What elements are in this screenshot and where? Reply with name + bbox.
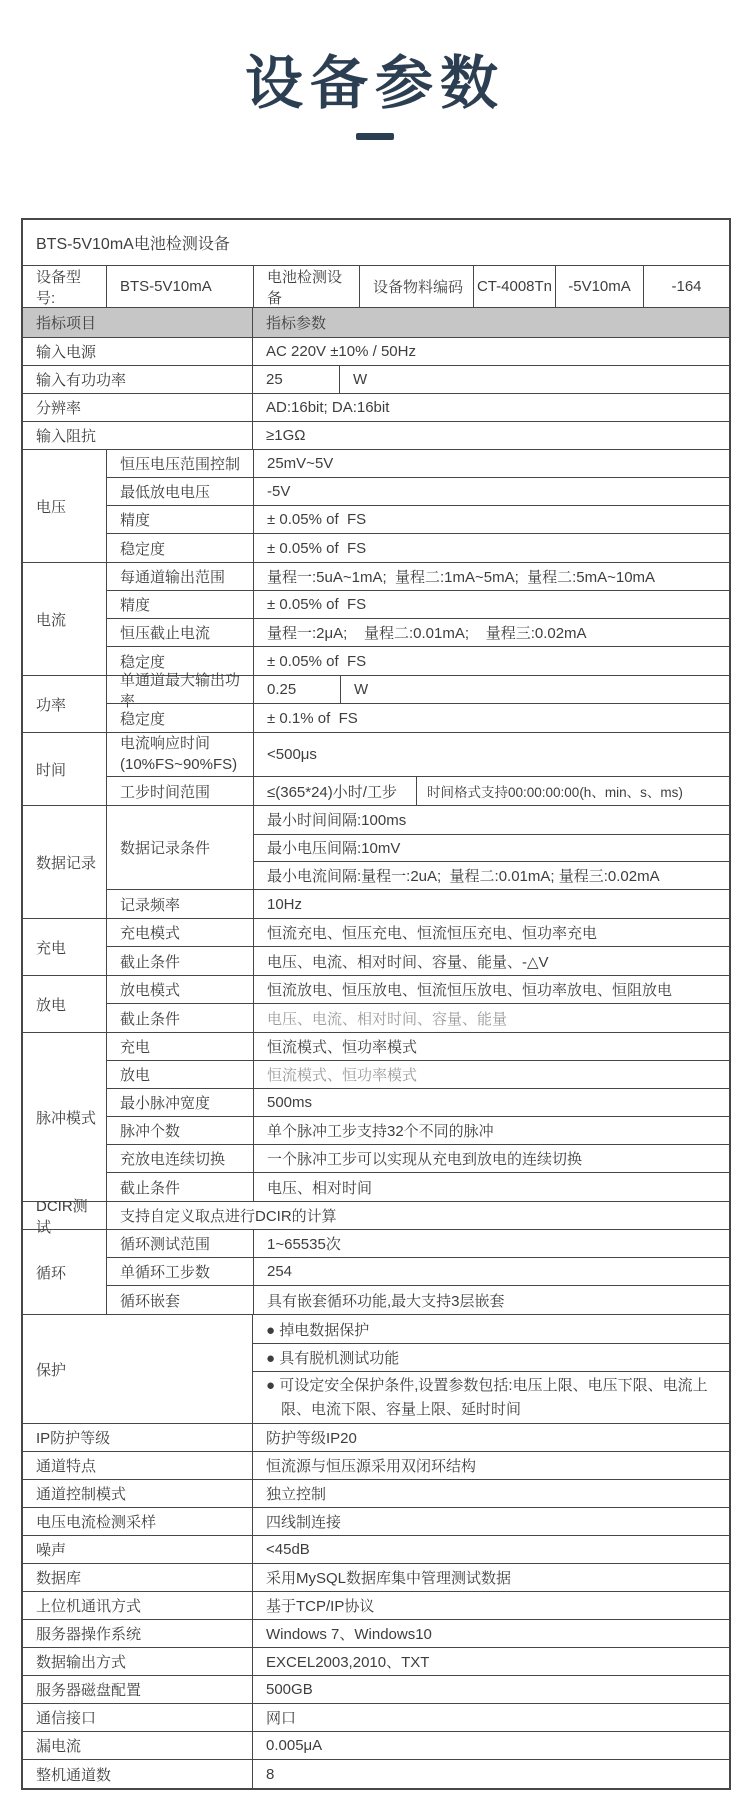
value: 具有嵌套循环功能,最大支持3层嵌套 — [253, 1286, 729, 1314]
spec-table: BTS-5V10mA电池检测设备 设备型号: BTS-5V10mA 电池检测设备… — [21, 218, 731, 1790]
label: 服务器磁盘配置 — [23, 1676, 252, 1703]
row-channel-feature: 通道特点 恒流源与恒压源采用双闭环结构 — [23, 1452, 729, 1480]
value: ≤(365*24)小时/工步 — [253, 777, 416, 805]
value: 254 — [253, 1258, 729, 1285]
material-code-1: CT-4008Tn — [473, 266, 555, 307]
material-code-2: -5V10mA — [555, 266, 643, 307]
label: 稳定度 — [106, 704, 253, 732]
row-server-disk: 服务器磁盘配置 500GB — [23, 1676, 729, 1704]
section-time: 时间 电流响应时间 (10%FS~90%FS) <500μs 工步时间范围 ≤(… — [23, 733, 729, 806]
row-sampling: 电压电流检测采样 四线制连接 — [23, 1508, 729, 1536]
value: ± 0.05% of FS — [253, 506, 729, 533]
value: 25 — [252, 366, 339, 393]
label: 整机通道数 — [23, 1760, 252, 1788]
label: 截止条件 — [106, 1004, 253, 1032]
label: 放电模式 — [106, 976, 253, 1003]
label: 通信接口 — [23, 1704, 252, 1731]
value: 电压、电流、相对时间、容量、能量 — [253, 1004, 729, 1032]
value: 量程一:5uA~1mA; 量程二:1mA~5mA; 量程二:5mA~10mA — [253, 563, 729, 590]
value: 网口 — [252, 1704, 729, 1731]
value: 0.005μA — [252, 1732, 729, 1759]
label: 充放电连续切换 — [106, 1145, 253, 1172]
value: 量程一:2μA; 量程二:0.01mA; 量程三:0.02mA — [253, 619, 729, 646]
group-label: 时间 — [23, 733, 106, 805]
value: 8 — [252, 1760, 729, 1788]
group-label: 保护 — [23, 1315, 252, 1423]
row-total-channels: 整机通道数 8 — [23, 1760, 729, 1788]
value: 25mV~5V — [253, 450, 729, 477]
label: 输入有功功率 — [23, 366, 252, 393]
value: 500ms — [253, 1089, 729, 1116]
label: 截止条件 — [106, 1173, 253, 1201]
row-active-power: 输入有功功率 25 W — [23, 366, 729, 394]
row-channel-control: 通道控制模式 独立控制 — [23, 1480, 729, 1508]
label: 数据输出方式 — [23, 1648, 252, 1675]
header-item: 指标项目 — [23, 308, 252, 337]
material-code-label: 设备物料编码 — [359, 266, 473, 307]
value: 500GB — [252, 1676, 729, 1703]
value: 恒流模式、恒功率模式 — [253, 1061, 729, 1088]
value: 电压、相对时间 — [253, 1173, 729, 1201]
page: { "page": { "title": "设备参数" }, "colors":… — [0, 0, 750, 1796]
label: 最低放电电压 — [106, 478, 253, 505]
row-server-os: 服务器操作系统 Windows 7、Windows10 — [23, 1620, 729, 1648]
section-discharge: 放电 放电模式恒流放电、恒压放电、恒流恒压放电、恒功率放电、恒阻放电 截止条件电… — [23, 976, 729, 1033]
label: 数据记录条件 — [106, 806, 253, 889]
value: 1~65535次 — [253, 1230, 729, 1257]
device-name-row: BTS-5V10mA电池检测设备 — [23, 220, 729, 266]
header-row: 指标项目 指标参数 — [23, 308, 729, 338]
label: 上位机通讯方式 — [23, 1592, 252, 1619]
value: 独立控制 — [252, 1480, 729, 1507]
section-pulse: 脉冲模式 充电恒流模式、恒功率模式 放电恒流模式、恒功率模式 最小脉冲宽度500… — [23, 1033, 729, 1202]
label: 截止条件 — [106, 947, 253, 975]
label: 噪声 — [23, 1536, 252, 1563]
material-code-3: -164 — [643, 266, 729, 307]
label: 通道特点 — [23, 1452, 252, 1479]
section-charge: 充电 充电模式恒流充电、恒压充电、恒流恒压充电、恒功率充电 截止条件电压、电流、… — [23, 919, 729, 976]
section-data-record: 数据记录 数据记录条件 最小时间间隔:100ms 最小电压间隔:10mV 最小电… — [23, 806, 729, 919]
page-title: 设备参数 — [0, 52, 750, 116]
label: 循环嵌套 — [106, 1286, 253, 1314]
value: AD:16bit; DA:16bit — [252, 394, 729, 421]
value: ± 0.1% of FS — [253, 704, 729, 732]
label: 恒压电压范围控制 — [106, 450, 253, 477]
record-condition-3: 最小电流间隔:量程一:2uA; 量程二:0.01mA; 量程三:0.02mA — [253, 861, 729, 889]
label: 恒压截止电流 — [106, 619, 253, 646]
section-power: 功率 单通道最大输出功率 0.25 W 稳定度 ± 0.1% of FS — [23, 676, 729, 733]
header-param: 指标参数 — [252, 308, 729, 337]
value: 恒流源与恒压源采用双闭环结构 — [252, 1452, 729, 1479]
unit: W — [340, 676, 729, 703]
value: <500μs — [253, 733, 729, 776]
row-resolution: 分辨率 AD:16bit; DA:16bit — [23, 394, 729, 422]
model-value: BTS-5V10mA — [106, 266, 253, 307]
row-dcir: DCIR测试 支持自定义取点进行DCIR的计算 — [23, 1202, 729, 1230]
value: 恒流充电、恒压充电、恒流恒压充电、恒功率充电 — [253, 919, 729, 946]
group-label: 放电 — [23, 976, 106, 1032]
label: 充电 — [106, 1033, 253, 1060]
value: 恒流模式、恒功率模式 — [253, 1033, 729, 1060]
label: 循环测试范围 — [106, 1230, 253, 1257]
value: 恒流放电、恒压放电、恒流恒压放电、恒功率放电、恒阻放电 — [253, 976, 729, 1003]
group-label: 电压 — [23, 450, 106, 562]
group-label: 循环 — [23, 1230, 106, 1314]
value: <45dB — [252, 1536, 729, 1563]
hero: 设备参数 — [0, 0, 750, 140]
row-impedance: 输入阻抗 ≥1GΩ — [23, 422, 729, 450]
label: 单通道最大输出功率 — [106, 676, 253, 703]
label: 工步时间范围 — [106, 777, 253, 805]
protection-item-1: ● 掉电数据保护 — [252, 1315, 729, 1343]
label: 漏电流 — [23, 1732, 252, 1759]
value: ± 0.05% of FS — [253, 534, 729, 562]
value: Windows 7、Windows10 — [252, 1620, 729, 1647]
label: 脉冲个数 — [106, 1117, 253, 1144]
value: ± 0.05% of FS — [253, 591, 729, 618]
value: 基于TCP/IP协议 — [252, 1592, 729, 1619]
title-underline-dash — [356, 133, 394, 140]
label: 数据库 — [23, 1564, 252, 1591]
group-label: 功率 — [23, 676, 106, 732]
group-label: 电流 — [23, 563, 106, 675]
label: 输入阻抗 — [23, 422, 252, 449]
section-current: 电流 每通道输出范围量程一:5uA~1mA; 量程二:1mA~5mA; 量程二:… — [23, 563, 729, 676]
group-label: 数据记录 — [23, 806, 106, 918]
row-input-power: 输入电源 AC 220V ±10% / 50Hz — [23, 338, 729, 366]
section-protection: 保护 ● 掉电数据保护 ● 具有脱机测试功能 ● 可设定安全保护条件,设置参数包… — [23, 1315, 729, 1424]
device-name: BTS-5V10mA电池检测设备 — [23, 220, 729, 265]
value: 支持自定义取点进行DCIR的计算 — [106, 1202, 729, 1229]
label: 精度 — [106, 591, 253, 618]
label: 输入电源 — [23, 338, 252, 365]
model-label: 设备型号: — [23, 266, 106, 307]
row-leakage-current: 漏电流 0.005μA — [23, 1732, 729, 1760]
row-ip-rating: IP防护等级 防护等级IP20 — [23, 1424, 729, 1452]
value: AC 220V ±10% / 50Hz — [252, 338, 729, 365]
label: 充电模式 — [106, 919, 253, 946]
value: 0.25 — [253, 676, 340, 703]
label: 精度 — [106, 506, 253, 533]
label: 单循环工步数 — [106, 1258, 253, 1285]
label: 电流响应时间 (10%FS~90%FS) — [106, 733, 253, 776]
group-label: 脉冲模式 — [23, 1033, 106, 1201]
value: 单个脉冲工步支持32个不同的脉冲 — [253, 1117, 729, 1144]
row-database: 数据库 采用MySQL数据库集中管理测试数据 — [23, 1564, 729, 1592]
row-data-output: 数据输出方式 EXCEL2003,2010、TXT — [23, 1648, 729, 1676]
value: ≥1GΩ — [252, 422, 729, 449]
value: 四线制连接 — [252, 1508, 729, 1535]
value: -5V — [253, 478, 729, 505]
record-condition-1: 最小时间间隔:100ms — [253, 806, 729, 834]
group-label: 充电 — [23, 919, 106, 975]
protection-item-2: ● 具有脱机测试功能 — [252, 1343, 729, 1371]
label: 每通道输出范围 — [106, 563, 253, 590]
value: EXCEL2003,2010、TXT — [252, 1648, 729, 1675]
protection-item-3: ● 可设定安全保护条件,设置参数包括:电压上限、电压下限、电流上限、电流下限、容… — [252, 1371, 729, 1423]
row-host-communication: 上位机通讯方式 基于TCP/IP协议 — [23, 1592, 729, 1620]
value: 一个脉冲工步可以实现从充电到放电的连续切换 — [253, 1145, 729, 1172]
label: 稳定度 — [106, 534, 253, 562]
section-voltage: 电压 恒压电压范围控制25mV~5V 最低放电电压-5V 精度± 0.05% o… — [23, 450, 729, 563]
record-condition-2: 最小电压间隔:10mV — [253, 834, 729, 862]
label: 服务器操作系统 — [23, 1620, 252, 1647]
row-noise: 噪声 <45dB — [23, 1536, 729, 1564]
value: 10Hz — [253, 890, 729, 918]
label: 电压电流检测采样 — [23, 1508, 252, 1535]
label: 记录频率 — [106, 890, 253, 918]
value: 防护等级IP20 — [252, 1424, 729, 1451]
time-format-note: 时间格式支持00:00:00:00(h、min、s、ms) — [416, 777, 729, 805]
label: 分辨率 — [23, 394, 252, 421]
label: 最小脉冲宽度 — [106, 1089, 253, 1116]
label: 放电 — [106, 1061, 253, 1088]
model-row: 设备型号: BTS-5V10mA 电池检测设备 设备物料编码 CT-4008Tn… — [23, 266, 729, 308]
unit: W — [339, 366, 729, 393]
section-cycle: 循环 循环测试范围1~65535次 单循环工步数254 循环嵌套具有嵌套循环功能… — [23, 1230, 729, 1315]
value: ± 0.05% of FS — [253, 647, 729, 675]
value: 电压、电流、相对时间、容量、能量、-△V — [253, 947, 729, 975]
value: 采用MySQL数据库集中管理测试数据 — [252, 1564, 729, 1591]
label: 通道控制模式 — [23, 1480, 252, 1507]
row-comm-interface: 通信接口 网口 — [23, 1704, 729, 1732]
label: IP防护等级 — [23, 1424, 252, 1451]
label: DCIR测试 — [23, 1202, 106, 1229]
device-type: 电池检测设备 — [253, 266, 359, 307]
